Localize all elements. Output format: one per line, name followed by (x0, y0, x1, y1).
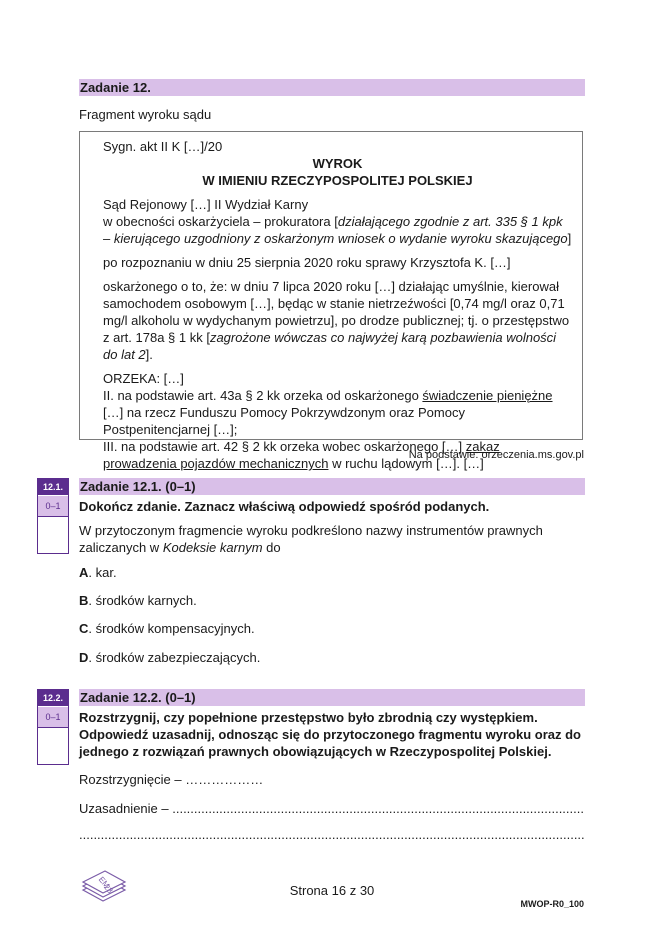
score-entry-field[interactable] (38, 727, 68, 764)
justification-continuation-line[interactable]: ........................................… (79, 826, 585, 843)
source-citation: Na podstawie: orzeczenia.ms.gov.pl (409, 447, 584, 464)
charge-text: oskarżonego o to, że: w dniu 7 lipca 202… (103, 278, 572, 363)
judgment-excerpt-box: Sygn. akt II K […]/20 WYROK W IMIENIU RZ… (79, 131, 583, 440)
score-entry-field[interactable] (38, 516, 68, 553)
answer-option-a[interactable]: A. kar. (79, 564, 117, 581)
court-name: Sąd Rejonowy […] II Wydział Karny (103, 196, 572, 213)
judgment-title: WYROK (103, 155, 572, 172)
prosecutor-presence: w obecności oskarżyciela – prokuratora [… (103, 213, 572, 247)
exam-code: MWOP-R0_100 (520, 896, 584, 913)
answer-option-c[interactable]: C. środków kompensacyjnych. (79, 620, 255, 637)
subtask-instruction: Rozstrzygnij, czy popełnione przestępstw… (79, 709, 589, 760)
answer-option-b[interactable]: B. środków karnych. (79, 592, 197, 609)
ruling-header: ORZEKA: […] (103, 370, 572, 387)
justification-answer-line[interactable]: Uzasadnienie – .........................… (79, 800, 585, 817)
underlined-term: świadczenie pieniężne (422, 388, 552, 403)
hearing-date: po rozpoznaniu w dniu 25 sierpnia 2020 r… (103, 254, 572, 271)
subtask-number: 12.2. (38, 690, 68, 706)
answer-option-d[interactable]: D. środków zabezpieczających. (79, 649, 260, 666)
scoring-box-12-1: 12.1. 0–1 (37, 478, 69, 554)
decision-answer-line[interactable]: Rozstrzygnięcie – ……………… (79, 771, 263, 788)
task-intro: Fragment wyroku sądu (79, 106, 211, 123)
score-range: 0–1 (38, 706, 68, 727)
subtask-title: Zadanie 12.2. (0–1) (79, 689, 585, 706)
scoring-box-12-2: 12.2. 0–1 (37, 689, 69, 765)
subtask-title: Zadanie 12.1. (0–1) (79, 478, 585, 495)
task-title: Zadanie 12. (79, 79, 585, 96)
case-signature: Sygn. akt II K […]/20 (103, 138, 572, 155)
subtask-instruction: Dokończ zdanie. Zaznacz właściwą odpowie… (79, 498, 589, 515)
subtask-question: W przytoczonym fragmencie wyroku podkreś… (79, 522, 589, 556)
ruling-item-ii: II. na podstawie art. 43a § 2 kk orzeka … (103, 387, 572, 438)
score-range: 0–1 (38, 495, 68, 516)
judgment-subtitle: W IMIENIU RZECZYPOSPOLITEJ POLSKIEJ (103, 172, 572, 189)
subtask-number: 12.1. (38, 479, 68, 495)
